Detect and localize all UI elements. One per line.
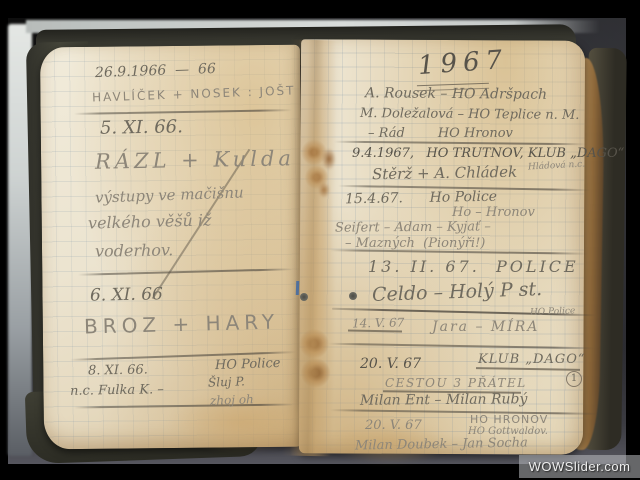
logbook-entry-names: RÁZL + Kulda [95,148,295,172]
logbook-entry-names: Milan Ent – Milan Rubý [360,392,528,407]
photo-frame: 26.9.1966 — 66 HAVLÍČEK + NOSEK : JOŠT 5… [0,0,640,480]
logbook-entry-date: 20. V. 67 [365,419,422,432]
logbook-entry-names: n.c. Fulka K. – [70,383,164,398]
logbook-entry-club: HO Police [215,357,281,372]
logbook-entry-names: Milan Doubek – Jan Socha [355,436,528,452]
rust-stain [318,182,330,198]
logbook-entry-note: velkého věšů iž [88,212,212,231]
logbook-entry-names: M. Doležalová – HO Teplice n. M. [360,107,580,122]
logbook-entry-names: Jara – MÍRA [432,320,539,334]
watermark-label: WOWSlider.com [529,459,631,474]
spine-fold [282,40,343,457]
logbook-entry-date: 6. XI. 66 [90,286,163,304]
logbook-entry-names: Seifert – Adam – Kyjať – [335,220,491,234]
logbook-entry-note: zhoj oh [210,393,254,407]
logbook-entry-names: BROZ + HARY [84,311,280,336]
logbook-entry-date-club: 9.4.1967, HO TRUTNOV, KLUB „DAGO“ [352,147,624,160]
logbook-entry-names: – Rád HO Hronov [368,127,513,140]
logbook-entry-date: 5. XI. 66. [100,118,183,137]
logbook-entry-title: CESTOU 3 PŘÁTEL [385,377,527,389]
watermark-link[interactable]: WOWSlider.com [519,455,640,478]
ink-dot [349,292,357,300]
circled-number: 1 [566,371,582,387]
logbook-entry-names: – Mazných (Pionýři!) [345,237,485,250]
logbook-entry-club: HO Police [530,307,576,318]
rust-stain [322,148,336,170]
logbook-entry-date-club: 15.4.67. Ho Police [345,190,497,207]
logbook-entry-date: 8. XI. 66. [88,363,148,377]
logbook-entry-date-club: 13. II. 67. POLICE [368,259,579,275]
year-heading: 1967 [417,47,509,79]
logbook-entry-names: Stěrž + A. Chládek [372,165,517,183]
logbook-entry-names: Šluj P. [208,375,245,388]
logbook-entry-club: KLUB „DAGO“ [478,353,586,366]
logbook-entry-names: A. Rousek – HO Adršpach [365,86,547,102]
ink-dot [300,293,308,301]
logbook-entry-note: voderhov. [95,242,173,259]
logbook-entry-date: 26.9.1966 — 66 [95,62,216,80]
logbook-entry-date: 14. V. 67 [352,317,405,330]
logbook-entry-club: Ho – Hronov [452,206,535,219]
logbook-entry-date: 20. V. 67 [360,357,421,371]
logbook-entry-club: HO HRONOV [470,414,548,425]
blue-pen-mark [296,281,299,295]
